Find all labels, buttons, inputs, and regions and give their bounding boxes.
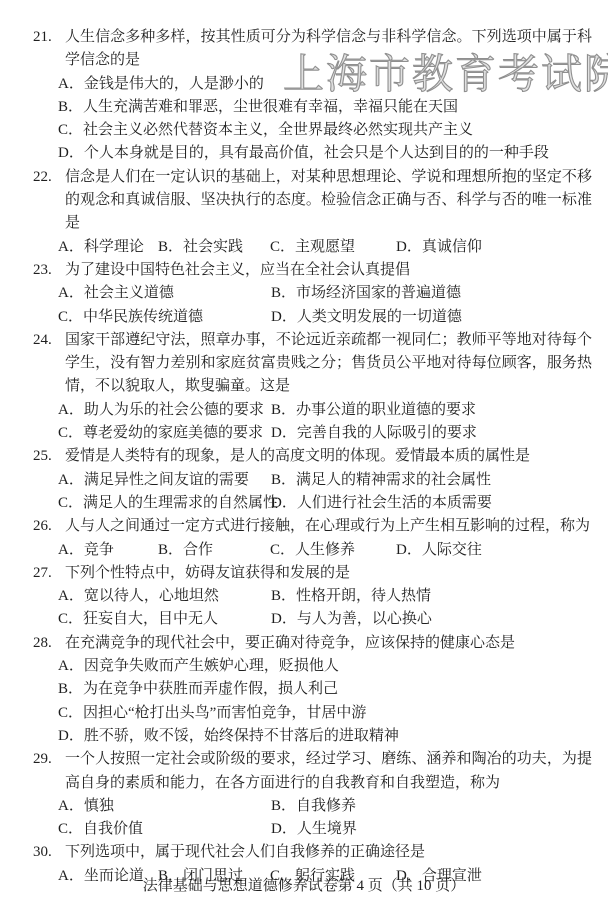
question-stem: 信念是人们在一定认识的基础上，对某种思想理论、学说和理想所抱的坚定不移的观念和真… [65, 166, 592, 236]
question-stem: 人与人之间通过一定方式进行接触，在心理或行为上产生相互影响的过程，称为 [65, 515, 592, 538]
question-number: 27. [33, 562, 52, 585]
exam-page: 上海市教育考试院 21. 人生信念多种多样，按其性质可分为科学信念与非科学信念。… [0, 0, 608, 918]
option: C．社会主义必然代替资本主义，全世界最终必然实现共产主义 [58, 119, 592, 142]
question-body: 在充满竞争的现代社会中，要正确对待竞争，应该保持的健康心态是 A．因竞争失败而产… [65, 632, 592, 748]
option: D．真诚信仰 [396, 236, 592, 259]
option: A．慎独 [58, 795, 271, 818]
question-body: 信念是人们在一定认识的基础上，对某种思想理论、学说和理想所抱的坚定不移的观念和真… [65, 166, 592, 259]
question-body: 人与人之间通过一定方式进行接触，在心理或行为上产生相互影响的过程，称为 A．竞争… [65, 515, 592, 562]
question-number: 22. [33, 166, 52, 189]
question-item: 27. 下列个性特点中，妨碍友谊获得和发展的是 A．宽以待人，心地坦然B．性格开… [33, 562, 592, 632]
option: C．中华民族传统道德 [58, 306, 271, 329]
question-body: 人生信念多种多样，按其性质可分为科学信念与非科学信念。下列选项中属于科学信念的是… [65, 26, 592, 166]
question-item: 21. 人生信念多种多样，按其性质可分为科学信念与非科学信念。下列选项中属于科学… [33, 26, 592, 166]
option-list: A．慎独B．自我修养C．自我价值D．人生境界 [58, 795, 592, 842]
question-stem: 爱情是人类特有的现象，是人的高度文明的体现。爱情最本质的属性是 [65, 445, 592, 468]
option: D．人类文明发展的一切道德 [271, 306, 592, 329]
question-item: 28. 在充满竞争的现代社会中，要正确对待竞争，应该保持的健康心态是 A．因竞争… [33, 632, 592, 748]
option: C．主观愿望 [270, 236, 396, 259]
question-number: 23. [33, 259, 52, 282]
option-list: A．因竞争失败而产生嫉妒心理，贬损他人B．为在竞争中获胜而弄虚作假，损人利己C．… [58, 655, 592, 748]
option-list: A．助人为乐的社会公德的要求B．办事公道的职业道德的要求C．尊老爱幼的家庭美德的… [58, 399, 592, 446]
option: B．人生充满苦难和罪恶，尘世很难有幸福，幸福只能在天国 [58, 96, 592, 119]
question-item: 26. 人与人之间通过一定方式进行接触，在心理或行为上产生相互影响的过程，称为 … [33, 515, 592, 562]
option: D．人际交往 [396, 539, 592, 562]
option-list: A．社会主义道德B．市场经济国家的普遍道德C．中华民族传统道德D．人类文明发展的… [58, 282, 592, 329]
option: A．金钱是伟大的，人是渺小的 [58, 73, 592, 96]
option: A．竞争 [58, 539, 158, 562]
question-stem: 国家干部遵纪守法，照章办事，不论远近亲疏都一视同仁；教师平等地对待每个学生，没有… [65, 329, 592, 399]
option: D．人生境界 [271, 818, 592, 841]
question-list: 21. 人生信念多种多样，按其性质可分为科学信念与非科学信念。下列选项中属于科学… [33, 26, 592, 888]
option: C．人生修养 [270, 539, 396, 562]
option: D．完善自我的人际吸引的要求 [271, 422, 592, 445]
question-stem: 下列个性特点中，妨碍友谊获得和发展的是 [65, 562, 592, 585]
option: A．因竞争失败而产生嫉妒心理，贬损他人 [58, 655, 592, 678]
question-stem: 一个人按照一定社会或阶级的要求，经过学习、磨练、涵养和陶冶的功夫，为提高自身的素… [65, 748, 592, 795]
option: C．尊老爱幼的家庭美德的要求 [58, 422, 271, 445]
question-stem: 在充满竞争的现代社会中，要正确对待竞争，应该保持的健康心态是 [65, 632, 592, 655]
option-list: A．竞争B．合作C．人生修养D．人际交往 [58, 539, 592, 562]
option: B．自我修养 [271, 795, 592, 818]
question-stem: 人生信念多种多样，按其性质可分为科学信念与非科学信念。下列选项中属于科学信念的是 [65, 26, 592, 73]
question-stem: 下列选项中，属于现代社会人们自我修养的正确途径是 [65, 841, 592, 864]
question-body: 爱情是人类特有的现象，是人的高度文明的体现。爱情最本质的属性是 A．满足异性之间… [65, 445, 592, 515]
option: B．满足人的精神需求的社会属性 [271, 469, 592, 492]
option: D．人们进行社会生活的本质需要 [271, 492, 592, 515]
option: D．胜不骄，败不馁，始终保持不甘落后的进取精神 [58, 725, 592, 748]
option: B．办事公道的职业道德的要求 [271, 399, 592, 422]
option-list: A．金钱是伟大的，人是渺小的B．人生充满苦难和罪恶，尘世很难有幸福，幸福只能在天… [58, 73, 592, 166]
question-body: 为了建设中国特色社会主义，应当在全社会认真提倡 A．社会主义道德B．市场经济国家… [65, 259, 592, 329]
option: B．为在竞争中获胜而弄虚作假，损人利己 [58, 678, 592, 701]
option: C．满足人的生理需求的自然属性 [58, 492, 271, 515]
option: C．因担心“枪打出头鸟”而害怕竞争，甘居中游 [58, 702, 592, 725]
option: A．社会主义道德 [58, 282, 271, 305]
question-number: 29. [33, 748, 52, 771]
question-number: 26. [33, 515, 52, 538]
question-number: 24. [33, 329, 52, 352]
option: B．社会实践 [158, 236, 270, 259]
option: A．宽以待人，心地坦然 [58, 585, 271, 608]
option-list: A．满足异性之间友谊的需要B．满足人的精神需求的社会属性C．满足人的生理需求的自… [58, 469, 592, 516]
question-item: 24. 国家干部遵纪守法，照章办事，不论远近亲疏都一视同仁；教师平等地对待每个学… [33, 329, 592, 445]
option: D．个人本身就是目的，具有最高价值，社会只是个人达到目的的一种手段 [58, 142, 592, 165]
option-list: A．科学理论B．社会实践C．主观愿望D．真诚信仰 [58, 236, 592, 259]
question-stem: 为了建设中国特色社会主义，应当在全社会认真提倡 [65, 259, 592, 282]
option-list: A．宽以待人，心地坦然B．性格开朗，待人热情C．狂妄自大，目中无人D．与人为善，… [58, 585, 592, 632]
question-body: 下列个性特点中，妨碍友谊获得和发展的是 A．宽以待人，心地坦然B．性格开朗，待人… [65, 562, 592, 632]
option: C．自我价值 [58, 818, 271, 841]
option: B．合作 [158, 539, 270, 562]
option: A．满足异性之间友谊的需要 [58, 469, 271, 492]
question-number: 25. [33, 445, 52, 468]
option: B．市场经济国家的普遍道德 [271, 282, 592, 305]
option: A．科学理论 [58, 236, 158, 259]
page-footer: 法律基础与思想道德修养试卷第 4 页（共 10 页） [0, 875, 608, 898]
question-item: 23. 为了建设中国特色社会主义，应当在全社会认真提倡 A．社会主义道德B．市场… [33, 259, 592, 329]
question-item: 22. 信念是人们在一定认识的基础上，对某种思想理论、学说和理想所抱的坚定不移的… [33, 166, 592, 259]
question-body: 一个人按照一定社会或阶级的要求，经过学习、磨练、涵养和陶冶的功夫，为提高自身的素… [65, 748, 592, 841]
option: C．狂妄自大，目中无人 [58, 608, 271, 631]
option: B．性格开朗，待人热情 [271, 585, 592, 608]
question-item: 25. 爱情是人类特有的现象，是人的高度文明的体现。爱情最本质的属性是 A．满足… [33, 445, 592, 515]
question-item: 29. 一个人按照一定社会或阶级的要求，经过学习、磨练、涵养和陶冶的功夫，为提高… [33, 748, 592, 841]
question-number: 30. [33, 841, 52, 864]
option: D．与人为善，以心换心 [271, 608, 592, 631]
option: A．助人为乐的社会公德的要求 [58, 399, 271, 422]
question-number: 21. [33, 26, 52, 49]
question-number: 28. [33, 632, 52, 655]
question-body: 国家干部遵纪守法，照章办事，不论远近亲疏都一视同仁；教师平等地对待每个学生，没有… [65, 329, 592, 445]
